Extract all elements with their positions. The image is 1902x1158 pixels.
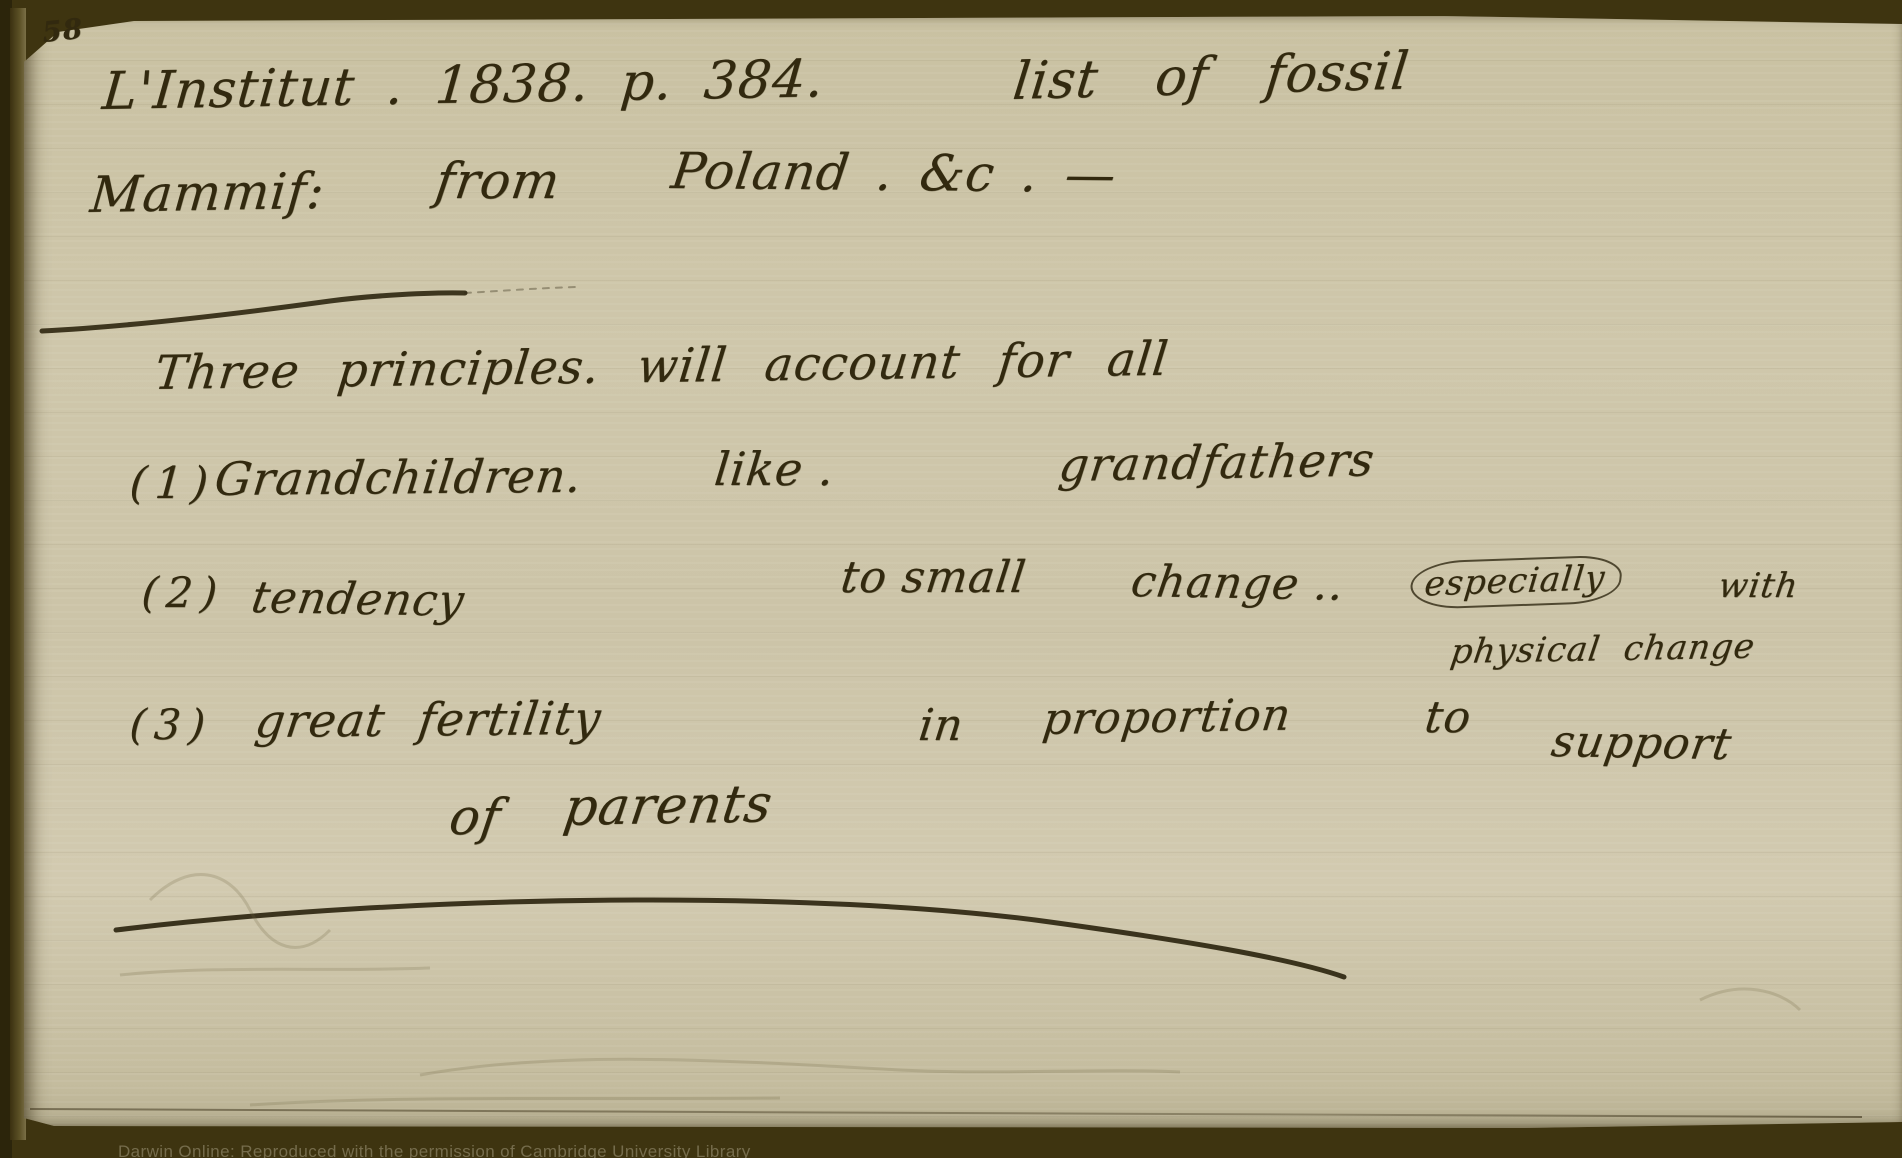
citation-from: from [432,152,564,210]
principle2-tendency: tendency [248,572,468,627]
principle2-especially-circled: especially [1408,554,1624,610]
principle2-number: (2) [140,568,227,617]
principle1-like: like . [712,442,837,496]
principle3-of: of [446,788,505,846]
citation-subject: list of fossil [1010,41,1412,112]
principle3-support: support [1548,716,1735,770]
especially-loop: especially [1408,554,1624,610]
principle3-parents: parents [560,774,776,838]
citation-reference: L'Institut . 1838. p. 384. [100,49,827,122]
principle1-number: (1) [128,458,218,509]
principle3-to: to [1422,692,1474,743]
principle1-grandfathers: grandfathers [1056,432,1378,492]
principle2-physical-change: physical change [1448,627,1758,672]
citation-poland: Poland . &c . — [668,142,1120,204]
principle3-in: in [916,700,967,751]
book-spine-page-edges [10,8,26,1140]
attribution-caption: Darwin Online: Reproduced with the permi… [118,1142,751,1158]
principle2-to-small: to small [838,552,1029,603]
principle3-number: (3) [128,700,215,749]
page-number: 58 [41,12,85,49]
manuscript-scan: 58 L'Institut . 1838. p. 384. list of fo… [0,0,1902,1158]
principle2-change: change .. [1128,556,1348,611]
principle1-grandchildren: Grandchildren. [212,449,585,506]
principle3-great-fertility: great fertility [252,691,605,748]
principle2-with: with [1716,566,1801,606]
principle3-proportion: proportion [1040,690,1294,745]
citation-mammif: Mammif: [88,162,327,224]
